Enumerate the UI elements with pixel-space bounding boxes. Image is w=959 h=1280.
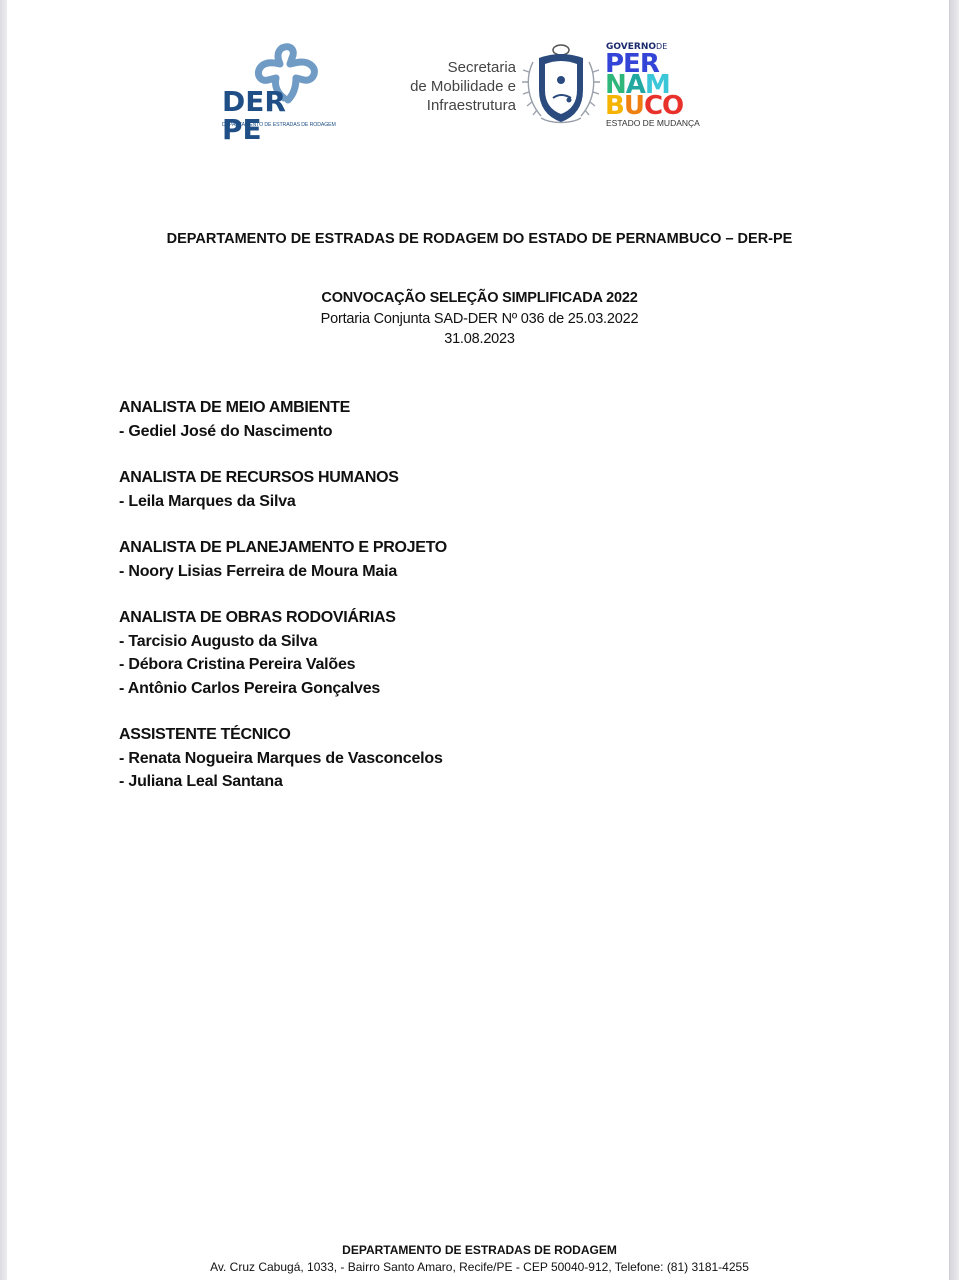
convocation-header: CONVOCAÇÃO SELEÇÃO SIMPLIFICADA 2022 Por…: [0, 288, 959, 350]
list-item: - Renata Nogueira Marques de Vasconcelos: [119, 747, 819, 771]
role-section: ANALISTA DE PLANEJAMENTO E PROJETO - Noo…: [119, 536, 819, 583]
list-item: - Leila Marques da Silva: [119, 490, 819, 514]
page-edge-left: [0, 0, 7, 1280]
der-subtitle: DEPARTAMENTO DE ESTRADAS DE RODAGEM: [222, 122, 344, 128]
list-item: - Gediel José do Nascimento: [119, 420, 819, 444]
footer-address: Av. Cruz Cabugá, 1033, - Bairro Santo Am…: [0, 1259, 959, 1276]
governo-pernambuco-logo: GOVERNODE PER NAM BUCO ESTADO DE MUDANÇA: [605, 42, 715, 130]
logo-line-buco: BUCO: [605, 95, 683, 117]
convocation-list: ANALISTA DE MEIO AMBIENTE - Gediel José …: [119, 396, 819, 817]
list-item: - Noory Lisias Ferreira de Moura Maia: [119, 560, 819, 584]
role-title: ANALISTA DE RECURSOS HUMANOS: [119, 466, 819, 490]
document-date: 31.08.2023: [0, 329, 959, 350]
secretaria-line: de Mobilidade e: [380, 77, 516, 96]
footer-title: DEPARTAMENTO DE ESTRADAS DE RODAGEM: [0, 1242, 959, 1259]
der-pe-logo: DERPE DEPARTAMENTO DE ESTRADAS DE RODAGE…: [222, 42, 342, 130]
list-item: - Juliana Leal Santana: [119, 770, 819, 794]
portaria-reference: Portaria Conjunta SAD-DER Nº 036 de 25.0…: [0, 309, 959, 330]
secretaria-logo-text: Secretaria de Mobilidade e Infraestrutur…: [380, 58, 516, 115]
convocation-title: CONVOCAÇÃO SELEÇÃO SIMPLIFICADA 2022: [0, 288, 959, 309]
secretaria-line: Infraestrutura: [380, 96, 516, 115]
role-title: ANALISTA DE MEIO AMBIENTE: [119, 396, 819, 420]
role-title: ANALISTA DE OBRAS RODOVIÁRIAS: [119, 606, 819, 630]
coat-of-arms-icon: [519, 42, 603, 128]
list-item: - Tarcisio Augusto da Silva: [119, 630, 819, 654]
role-title: ASSISTENTE TÉCNICO: [119, 723, 819, 747]
page-edge-right: [949, 0, 959, 1280]
secretaria-line: Secretaria: [380, 58, 516, 77]
role-title: ANALISTA DE PLANEJAMENTO E PROJETO: [119, 536, 819, 560]
role-section: ANALISTA DE RECURSOS HUMANOS - Leila Mar…: [119, 466, 819, 513]
page-footer: DEPARTAMENTO DE ESTRADAS DE RODAGEM Av. …: [0, 1242, 959, 1276]
list-item: - Antônio Carlos Pereira Gonçalves: [119, 677, 819, 701]
role-section: ANALISTA DE OBRAS RODOVIÁRIAS - Tarcisio…: [119, 606, 819, 700]
role-section: ANALISTA DE MEIO AMBIENTE - Gediel José …: [119, 396, 819, 443]
list-item: - Débora Cristina Pereira Valões: [119, 653, 819, 677]
logo-tagline: ESTADO DE MUDANÇA: [606, 118, 700, 128]
main-title: DEPARTAMENTO DE ESTRADAS DE RODAGEM DO E…: [0, 231, 959, 247]
role-section: ASSISTENTE TÉCNICO - Renata Nogueira Mar…: [119, 723, 819, 794]
der-wordmark: DERPE: [222, 88, 342, 144]
